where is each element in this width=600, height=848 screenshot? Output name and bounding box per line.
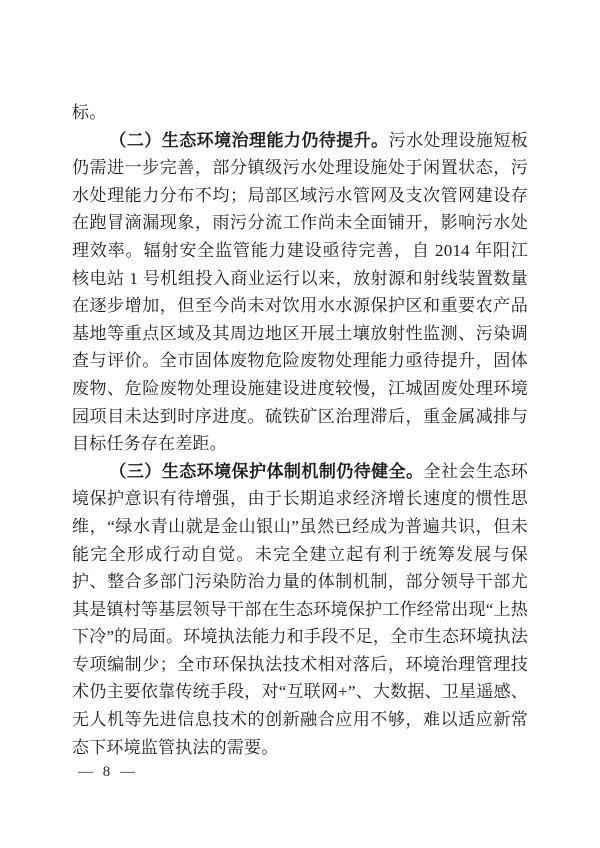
paragraph-text: 污水处理设施短板仍需进一步完善，部分镇级污水处理设施处于闲置状态，污水处理能力分…: [72, 131, 528, 454]
paragraph-text: 全社会生态环境保护意识有待增强，由于长期追求经济增长速度的惯性思维，“绿水青山就…: [72, 462, 528, 757]
paragraph-section-2: （二）生态环境治理能力仍待提升。污水处理设施短板仍需进一步完善，部分镇级污水处理…: [72, 127, 528, 458]
paragraph-text: 标。: [72, 103, 106, 122]
document-body: 标。 （二）生态环境治理能力仍待提升。污水处理设施短板仍需进一步完善，部分镇级污…: [72, 99, 528, 761]
document-page: 标。 （二）生态环境治理能力仍待提升。污水处理设施短板仍需进一步完善，部分镇级污…: [0, 0, 600, 848]
paragraph-continuation: 标。: [72, 99, 528, 127]
section-heading: （三）生态环境保护体制机制仍待健全。: [109, 462, 423, 481]
page-number: — 8 —: [78, 764, 138, 781]
paragraph-section-3: （三）生态环境保护体制机制仍待健全。全社会生态环境保护意识有待增强，由于长期追求…: [72, 458, 528, 762]
section-heading: （二）生态环境治理能力仍待提升。: [109, 131, 388, 150]
